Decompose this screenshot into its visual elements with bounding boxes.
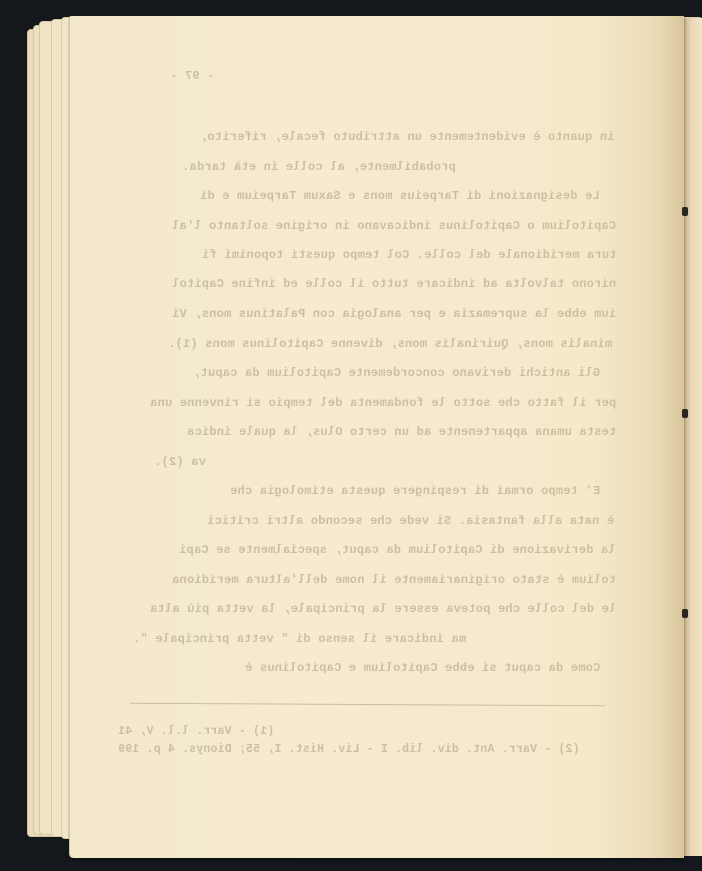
book-spine xyxy=(684,18,702,856)
page-text: - 97 - in quanto è evidentemente un attr… xyxy=(70,16,684,858)
body-line: probabilmente, al colle in età tarda. xyxy=(182,160,456,174)
body-line: la derivazione di Capitolium da caput, s… xyxy=(179,543,616,557)
body-line: minalis mons, Quirinalis mons, divenne C… xyxy=(168,337,612,351)
page-number: - 97 - xyxy=(170,69,214,83)
body-line: testa umana appartenente ad un certo Olu… xyxy=(187,425,616,439)
body-line: è nata alla fantasia. Si vede che second… xyxy=(207,514,614,528)
footnote: (2) - Varr. Ant. div. lib. I - Liv. Hist… xyxy=(118,743,580,756)
body-line: Come da caput si ebbe Capitolium e Capit… xyxy=(245,661,600,675)
body-line: tura meridionale del colle. Col tempo qu… xyxy=(202,248,616,262)
body-line: Gli antichi derivano concordemente Capit… xyxy=(193,366,600,380)
body-line: ium ebbe la supremazia e per analogia co… xyxy=(172,307,616,321)
footnote: (1) - Varr. l.l. V, 41 xyxy=(118,725,274,738)
body-line: nirono talvolta ad indicare tutto il col… xyxy=(172,277,616,291)
body-line: per il fatto che sotto le fondamenta del… xyxy=(150,396,616,410)
body-line: in quanto è evidentemente un attributo f… xyxy=(200,130,614,144)
body-line: le del colle che poteva essere la princi… xyxy=(150,602,616,616)
body-line: tolium è stato originariamente il nome d… xyxy=(172,573,616,587)
body-line: ma indicare il senso di " vetta principa… xyxy=(133,632,466,646)
body-line: Capitolium o Capitolinus indicavano in o… xyxy=(172,219,616,233)
body-line: Le designazioni di Tarpeius mons e Saxum… xyxy=(200,189,600,203)
body-line: E' tempo ormai di respingere questa etim… xyxy=(230,484,600,498)
footnote-divider xyxy=(130,703,605,706)
body-line: va (2). xyxy=(154,455,206,469)
